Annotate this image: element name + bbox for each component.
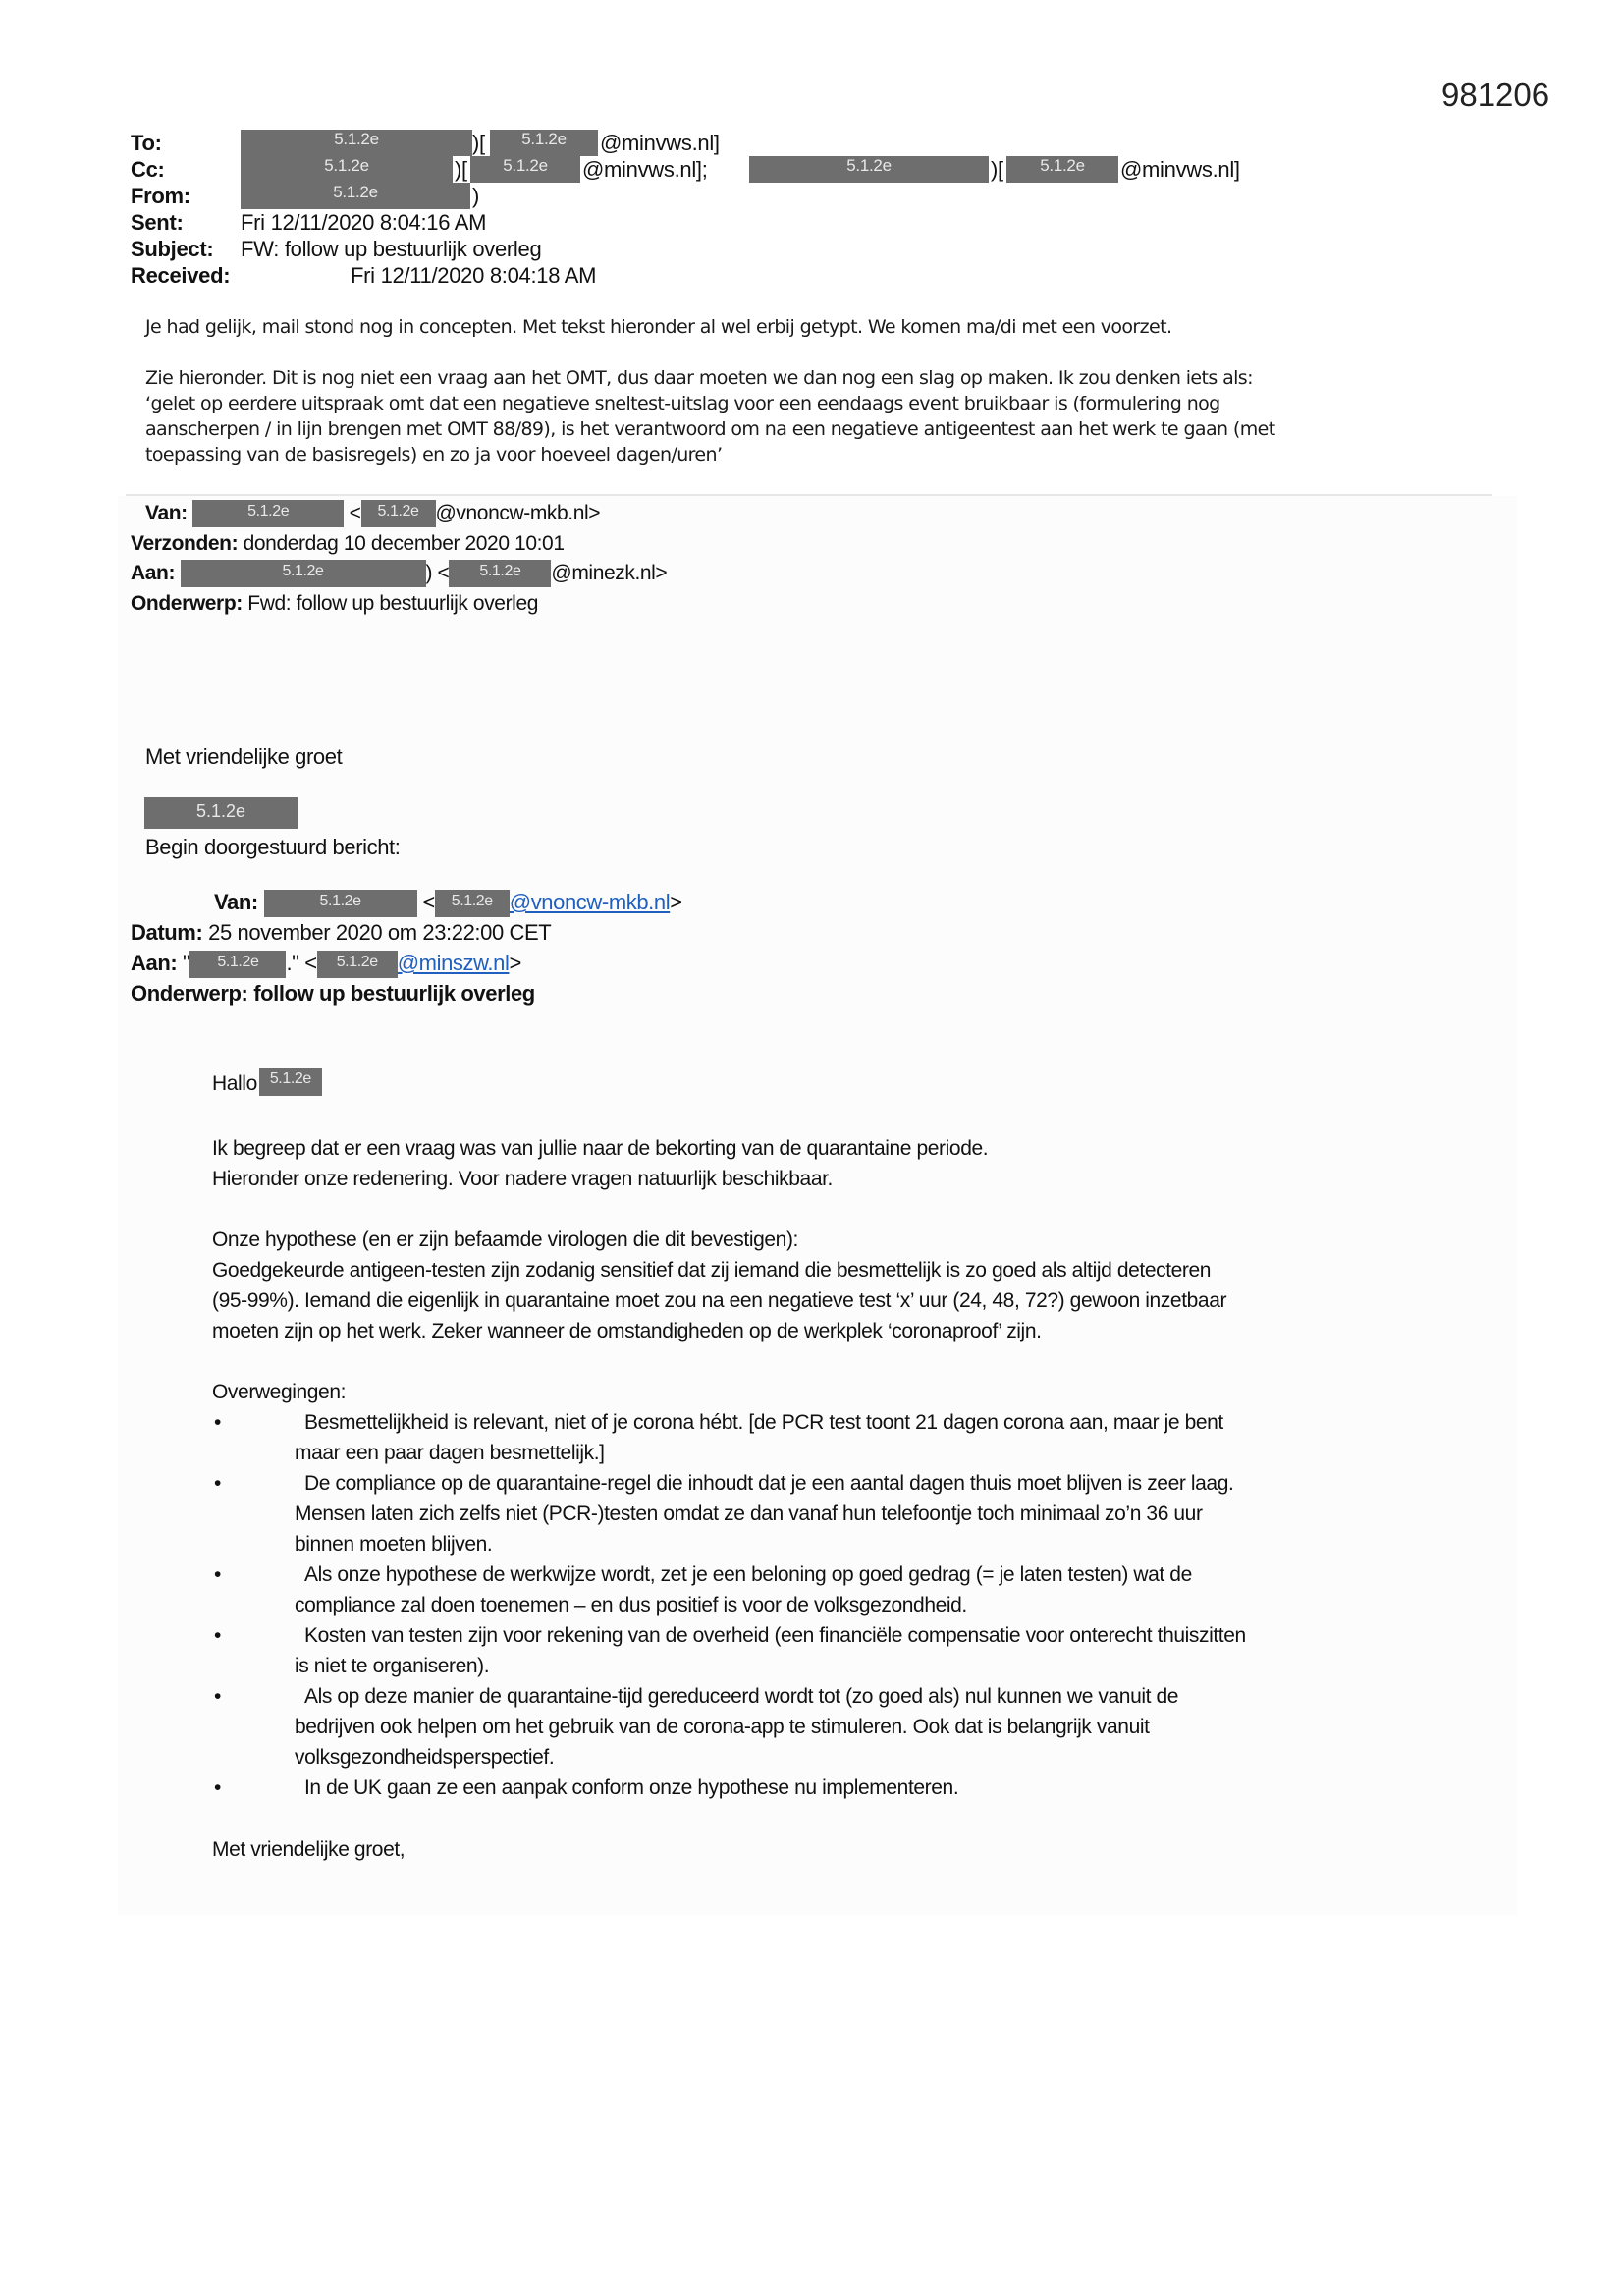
intro-paragraph-2: Zie hieronder. Dit is nog niet een vraag… — [145, 365, 1490, 467]
aan-email-link[interactable]: @minszw.nl — [398, 951, 510, 975]
redaction: 5.1.2e — [435, 890, 510, 917]
cc-label: Cc: — [131, 156, 165, 183]
text-line: Kosten van testen zijn voor rekening van… — [304, 1620, 1489, 1651]
van-label: Van: — [214, 890, 258, 914]
bullet-icon: • — [214, 1681, 221, 1712]
separator: )[ — [472, 130, 485, 156]
cc-domain: @minvws.nl] — [1120, 156, 1240, 183]
aan-domain: @minezk.nl> — [551, 562, 667, 584]
sent-label: Sent: — [131, 209, 184, 236]
onderwerp-value: follow up bestuurlijk overleg — [253, 981, 535, 1006]
van-label: Van: — [145, 502, 188, 524]
intro-paragraph-1: Je had gelijk, mail stond nog in concept… — [145, 314, 1490, 340]
fwd1-van: Van: 5.1.2e <5.1.2e@vnoncw-mkb.nl> — [145, 499, 600, 528]
text-line: is niet te organiseren). — [295, 1651, 1489, 1681]
text-line: De compliance op de quarantaine-regel di… — [304, 1468, 1489, 1499]
closing: Met vriendelijke groet, — [212, 1834, 1479, 1865]
text-line: volksgezondheidsperspectief. — [295, 1742, 1489, 1773]
redaction: 5.1.2e — [181, 560, 426, 587]
header-subject: Subject: FW: follow up bestuurlijk overl… — [131, 236, 1505, 262]
redaction: 5.1.2e — [241, 156, 453, 183]
list-item: • De compliance op de quarantaine-regel … — [212, 1468, 1489, 1559]
verzonden-label: Verzonden: — [131, 532, 238, 555]
text-line: bedrijven ook helpen om het gebruik van … — [295, 1712, 1489, 1742]
fwd2-datum: Datum: 25 november 2020 om 23:22:00 CET — [131, 918, 551, 948]
separator: ) — [472, 183, 479, 209]
received-value: Fri 12/11/2020 8:04:18 AM — [351, 262, 596, 289]
redaction: 5.1.2e — [241, 183, 470, 209]
van-email-link[interactable]: @vnoncw-mkb.nl — [510, 890, 670, 914]
hallo-text: Hallo — [212, 1072, 257, 1095]
fwd2-van: Van: 5.1.2e <5.1.2e@vnoncw-mkb.nl> — [214, 888, 682, 917]
received-label: Received: — [131, 262, 230, 289]
bullet-icon: • — [214, 1559, 221, 1590]
sent-value: Fri 12/11/2020 8:04:16 AM — [241, 209, 486, 236]
redaction-signature: 5.1.2e — [144, 797, 298, 829]
list-item: • Besmettelijkheid is relevant, niet of … — [212, 1407, 1489, 1468]
bullet-icon: • — [214, 1620, 221, 1651]
salutation: Hallo5.1.2e — [212, 1068, 1479, 1099]
header-from: From: 5.1.2e ) — [131, 183, 1505, 209]
separator: )[ — [991, 156, 1003, 183]
redaction: 5.1.2e — [317, 951, 398, 978]
list-item: • Als op deze manier de quarantaine-tijd… — [212, 1681, 1489, 1773]
text-line: aanscherpen / in lijn brengen met OMT 88… — [145, 416, 1490, 442]
redaction: 5.1.2e — [192, 500, 344, 527]
text-line: Ik begreep dat er een vraag was van jull… — [212, 1133, 1479, 1164]
redaction: 5.1.2e — [449, 560, 551, 587]
message-paragraph-1: Ik begreep dat er een vraag was van jull… — [212, 1133, 1479, 1194]
document-number: 981206 — [1441, 77, 1549, 114]
considerations-title: Overwegingen: — [212, 1377, 1479, 1407]
list-item: • Kosten van testen zijn voor rekening v… — [212, 1620, 1489, 1681]
onderwerp-label: Onderwerp: — [131, 981, 247, 1006]
lt: < — [350, 502, 361, 524]
text-line: toepassing van de basisregels) en zo ja … — [145, 442, 1490, 467]
redaction: 5.1.2e — [361, 500, 436, 527]
subject-label: Subject: — [131, 236, 213, 262]
redaction: 5.1.2e — [490, 130, 598, 156]
header-received: Received: Fri 12/11/2020 8:04:18 AM — [131, 262, 1505, 289]
lt: < — [422, 890, 434, 914]
gt: > — [509, 951, 520, 975]
text-line: Als op deze manier de quarantaine-tijd g… — [304, 1681, 1489, 1712]
text-line: In de UK gaan ze een aanpak conform onze… — [304, 1773, 1489, 1803]
redaction: 5.1.2e — [259, 1068, 322, 1096]
onderwerp-label: Onderwerp: — [131, 592, 243, 615]
text-line: Onze hypothese (en er zijn befaamde viro… — [212, 1225, 1479, 1255]
list-item: • In de UK gaan ze een aanpak conform on… — [212, 1773, 1489, 1803]
aan-label: Aan: — [131, 951, 177, 975]
begin-forward-label: Begin doorgestuurd bericht: — [145, 835, 400, 860]
redaction: 5.1.2e — [1006, 156, 1118, 183]
header-sent: Sent: Fri 12/11/2020 8:04:16 AM — [131, 209, 1505, 236]
bullet-icon: • — [214, 1407, 221, 1438]
list-item: • Als onze hypothese de werkwijze wordt,… — [212, 1559, 1489, 1620]
redaction: 5.1.2e — [241, 130, 472, 156]
text-line: Hieronder onze redenering. Voor nadere v… — [212, 1164, 1479, 1194]
onderwerp-value: Fwd: follow up bestuurlijk overleg — [247, 592, 538, 615]
redaction: 5.1.2e — [189, 951, 286, 978]
separator: )[ — [455, 156, 467, 183]
text-line: moeten zijn op het werk. Zeker wanneer d… — [212, 1316, 1479, 1346]
quote: " — [183, 951, 189, 975]
fwd2-aan: Aan: "5.1.2e." <5.1.2e@minszw.nl> — [131, 949, 521, 978]
aan-label: Aan: — [131, 562, 175, 584]
divider — [126, 494, 1492, 496]
text-line: maar een paar dagen besmettelijk.] — [295, 1438, 1489, 1468]
text-line: binnen moeten blijven. — [295, 1529, 1489, 1559]
text-line: Als onze hypothese de werkwijze wordt, z… — [304, 1559, 1489, 1590]
text-line: Mensen laten zich zelfs niet (PCR-)teste… — [295, 1499, 1489, 1529]
datum-value: 25 november 2020 om 23:22:00 CET — [208, 920, 551, 945]
fwd2-onderwerp: Onderwerp: follow up bestuurlijk overleg — [131, 979, 535, 1009]
fwd1-aan: Aan: 5.1.2e) <5.1.2e@minezk.nl> — [131, 559, 667, 588]
considerations-list: • Besmettelijkheid is relevant, niet of … — [212, 1407, 1489, 1803]
fwd1-onderwerp: Onderwerp: Fwd: follow up bestuurlijk ov… — [131, 589, 538, 619]
from-label: From: — [131, 183, 190, 209]
text-line: (95-99%). Iemand die eigenlijk in quaran… — [212, 1285, 1479, 1316]
redaction: 5.1.2e — [749, 156, 989, 183]
message-paragraph-2: Onze hypothese (en er zijn befaamde viro… — [212, 1225, 1479, 1346]
datum-label: Datum: — [131, 920, 202, 945]
greeting: Met vriendelijke groet — [145, 744, 342, 770]
text-line: Goedgekeurde antigeen-testen zijn zodani… — [212, 1255, 1479, 1285]
subject-value: FW: follow up bestuurlijk overleg — [241, 236, 541, 262]
text-line: Zie hieronder. Dit is nog niet een vraag… — [145, 365, 1490, 391]
redaction: 5.1.2e — [264, 890, 417, 917]
redaction: 5.1.2e — [470, 156, 580, 183]
gt: > — [670, 890, 681, 914]
header-to: To: 5.1.2e )[ 5.1.2e @minvws.nl] — [131, 130, 1505, 156]
separator: ) < — [426, 562, 450, 584]
cc-domain: @minvws.nl]; — [582, 156, 708, 183]
to-label: To: — [131, 130, 162, 156]
text-line: compliance zal doen toenemen – en dus po… — [295, 1590, 1489, 1620]
van-domain: @vnoncw-mkb.nl> — [436, 502, 601, 524]
text-line: Besmettelijkheid is relevant, niet of je… — [304, 1407, 1489, 1438]
separator: ." < — [286, 951, 316, 975]
header-cc: Cc: 5.1.2e )[ 5.1.2e @minvws.nl]; 5.1.2e… — [131, 156, 1505, 183]
fwd1-verzonden: Verzonden: donderdag 10 december 2020 10… — [131, 529, 565, 559]
bullet-icon: • — [214, 1468, 221, 1499]
to-domain: @minvws.nl] — [600, 130, 720, 156]
verzonden-value: donderdag 10 december 2020 10:01 — [244, 532, 565, 555]
text-line: ‘gelet op eerdere uitspraak omt dat een … — [145, 391, 1490, 416]
bullet-icon: • — [214, 1773, 221, 1803]
